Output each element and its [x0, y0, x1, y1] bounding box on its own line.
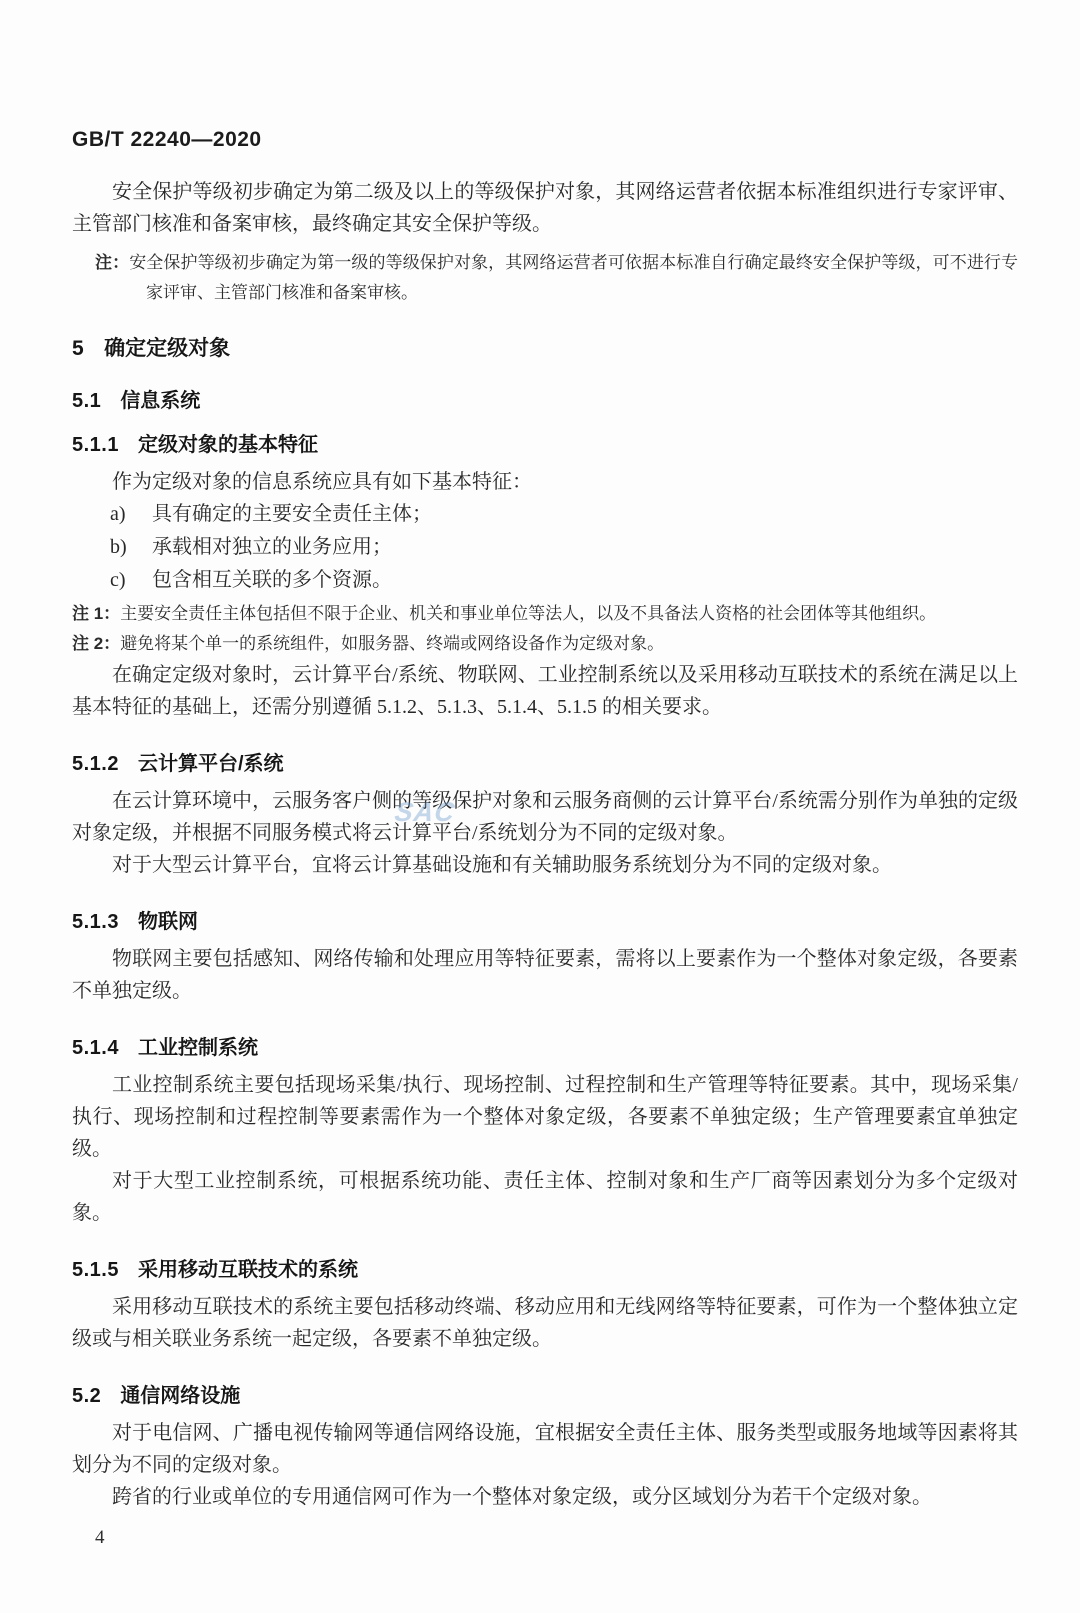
- list-item-a-label: a): [110, 498, 152, 531]
- section-5-1-number: 5.1: [72, 390, 101, 412]
- list-item-c-label: c): [110, 564, 152, 597]
- section-5-1-3-heading: 5.1.3物联网: [72, 905, 1018, 929]
- section-5-1-3-title: 物联网: [138, 911, 198, 933]
- note-label: 注：: [95, 253, 129, 272]
- list-item-c: c)包含相互关联的多个资源。: [72, 564, 1018, 597]
- s513-paragraph-1: 物联网主要包括感知、网络传输和处理应用等特征要素，需将以上要素作为一个整体对象定…: [72, 943, 1018, 1007]
- note-2-label: 注 2：: [72, 634, 120, 653]
- note-text: 安全保护等级初步确定为第一级的等级保护对象，其网络运营者可依据本标准自行确定最终…: [129, 253, 1018, 302]
- section-5-1-5-number: 5.1.5: [72, 1259, 119, 1281]
- section-5-1-5-title: 采用移动互联技术的系统: [138, 1259, 358, 1281]
- standard-number-header: GB/T 22240—2020: [72, 128, 1018, 152]
- section-5-2-heading: 5.2通信网络设施: [72, 1379, 1018, 1403]
- s514-paragraph-2: 对于大型工业控制系统，可根据系统功能、责任主体、控制对象和生产厂商等因素划分为多…: [72, 1165, 1018, 1229]
- list-item-a: a)具有确定的主要安全责任主体；: [72, 498, 1018, 531]
- note-2: 注 2：避免将某个单一的系统组件，如服务器、终端或网络设备作为定级对象。: [72, 629, 1018, 659]
- s52-paragraph-1: 对于电信网、广播电视传输网等通信网络设施，宜根据安全责任主体、服务类型或服务地域…: [72, 1417, 1018, 1481]
- s512-paragraph-1: 在云计算环境中，云服务客户侧的等级保护对象和云服务商侧的云计算平台/系统需分别作…: [72, 785, 1018, 849]
- s511-notes: 注 1：主要安全责任主体包括但不限于企业、机关和事业单位等法人，以及不具备法人资…: [72, 599, 1018, 659]
- chapter-heading: 5确定定级对象: [72, 332, 1018, 358]
- section-5-1-5-heading: 5.1.5采用移动互联技术的系统: [72, 1253, 1018, 1277]
- s511-lead-paragraph: 作为定级对象的信息系统应具有如下基本特征：: [72, 466, 1018, 498]
- list-item-b-text: 承载相对独立的业务应用；: [152, 536, 392, 558]
- page-number: 4: [72, 1527, 1018, 1549]
- intro-paragraph: 安全保护等级初步确定为第二级及以上的等级保护对象，其网络运营者依据本标准组织进行…: [72, 176, 1018, 240]
- chapter-title: 确定定级对象: [104, 337, 230, 360]
- section-5-1-4-title: 工业控制系统: [138, 1037, 258, 1059]
- section-5-1-heading: 5.1信息系统: [72, 384, 1018, 408]
- note-1-label: 注 1：: [72, 604, 120, 623]
- chapter-number: 5: [72, 337, 84, 360]
- section-5-1-title: 信息系统: [120, 390, 200, 412]
- s514-paragraph-1: 工业控制系统主要包括现场采集/执行、现场控制、过程控制和生产管理等特征要素。其中…: [72, 1069, 1018, 1165]
- s512-paragraph-2: 对于大型云计算平台，宜将云计算基础设施和有关辅助服务系统划分为不同的定级对象。: [72, 849, 1018, 881]
- section-5-1-4-heading: 5.1.4工业控制系统: [72, 1031, 1018, 1055]
- section-5-2-title: 通信网络设施: [120, 1385, 240, 1407]
- section-5-1-2-title: 云计算平台/系统: [138, 753, 284, 775]
- section-5-2-number: 5.2: [72, 1385, 101, 1407]
- list-item-b-label: b): [110, 531, 152, 564]
- s52-paragraph-2: 跨省的行业或单位的专用通信网可作为一个整体对象定级，或分区域划分为若干个定级对象…: [72, 1481, 1018, 1513]
- intro-note: 注：安全保护等级初步确定为第一级的等级保护对象，其网络运营者可依据本标准自行确定…: [72, 248, 1018, 308]
- list-item-a-text: 具有确定的主要安全责任主体；: [152, 503, 432, 525]
- section-5-1-2-number: 5.1.2: [72, 753, 119, 775]
- list-item-c-text: 包含相互关联的多个资源。: [152, 569, 392, 591]
- s515-paragraph-1: 采用移动互联技术的系统主要包括移动终端、移动应用和无线网络等特征要素，可作为一个…: [72, 1291, 1018, 1355]
- note-1-text: 主要安全责任主体包括但不限于企业、机关和事业单位等法人，以及不具备法人资格的社会…: [120, 604, 936, 623]
- section-5-1-2-heading: 5.1.2云计算平台/系统: [72, 747, 1018, 771]
- section-5-1-1-title: 定级对象的基本特征: [138, 434, 318, 456]
- list-item-b: b)承载相对独立的业务应用；: [72, 531, 1018, 564]
- s511-closing-paragraph: 在确定定级对象时，云计算平台/系统、物联网、工业控制系统以及采用移动互联技术的系…: [72, 659, 1018, 723]
- note-2-text: 避免将某个单一的系统组件，如服务器、终端或网络设备作为定级对象。: [120, 634, 664, 653]
- s511-feature-list: a)具有确定的主要安全责任主体； b)承载相对独立的业务应用； c)包含相互关联…: [72, 498, 1018, 597]
- section-5-1-1-heading: 5.1.1定级对象的基本特征: [72, 428, 1018, 452]
- section-5-1-1-number: 5.1.1: [72, 434, 119, 456]
- section-5-1-3-number: 5.1.3: [72, 911, 119, 933]
- document-page: GB/T 22240—2020 安全保护等级初步确定为第二级及以上的等级保护对象…: [0, 0, 1080, 1613]
- section-5-1-4-number: 5.1.4: [72, 1037, 119, 1059]
- note-1: 注 1：主要安全责任主体包括但不限于企业、机关和事业单位等法人，以及不具备法人资…: [72, 599, 1018, 629]
